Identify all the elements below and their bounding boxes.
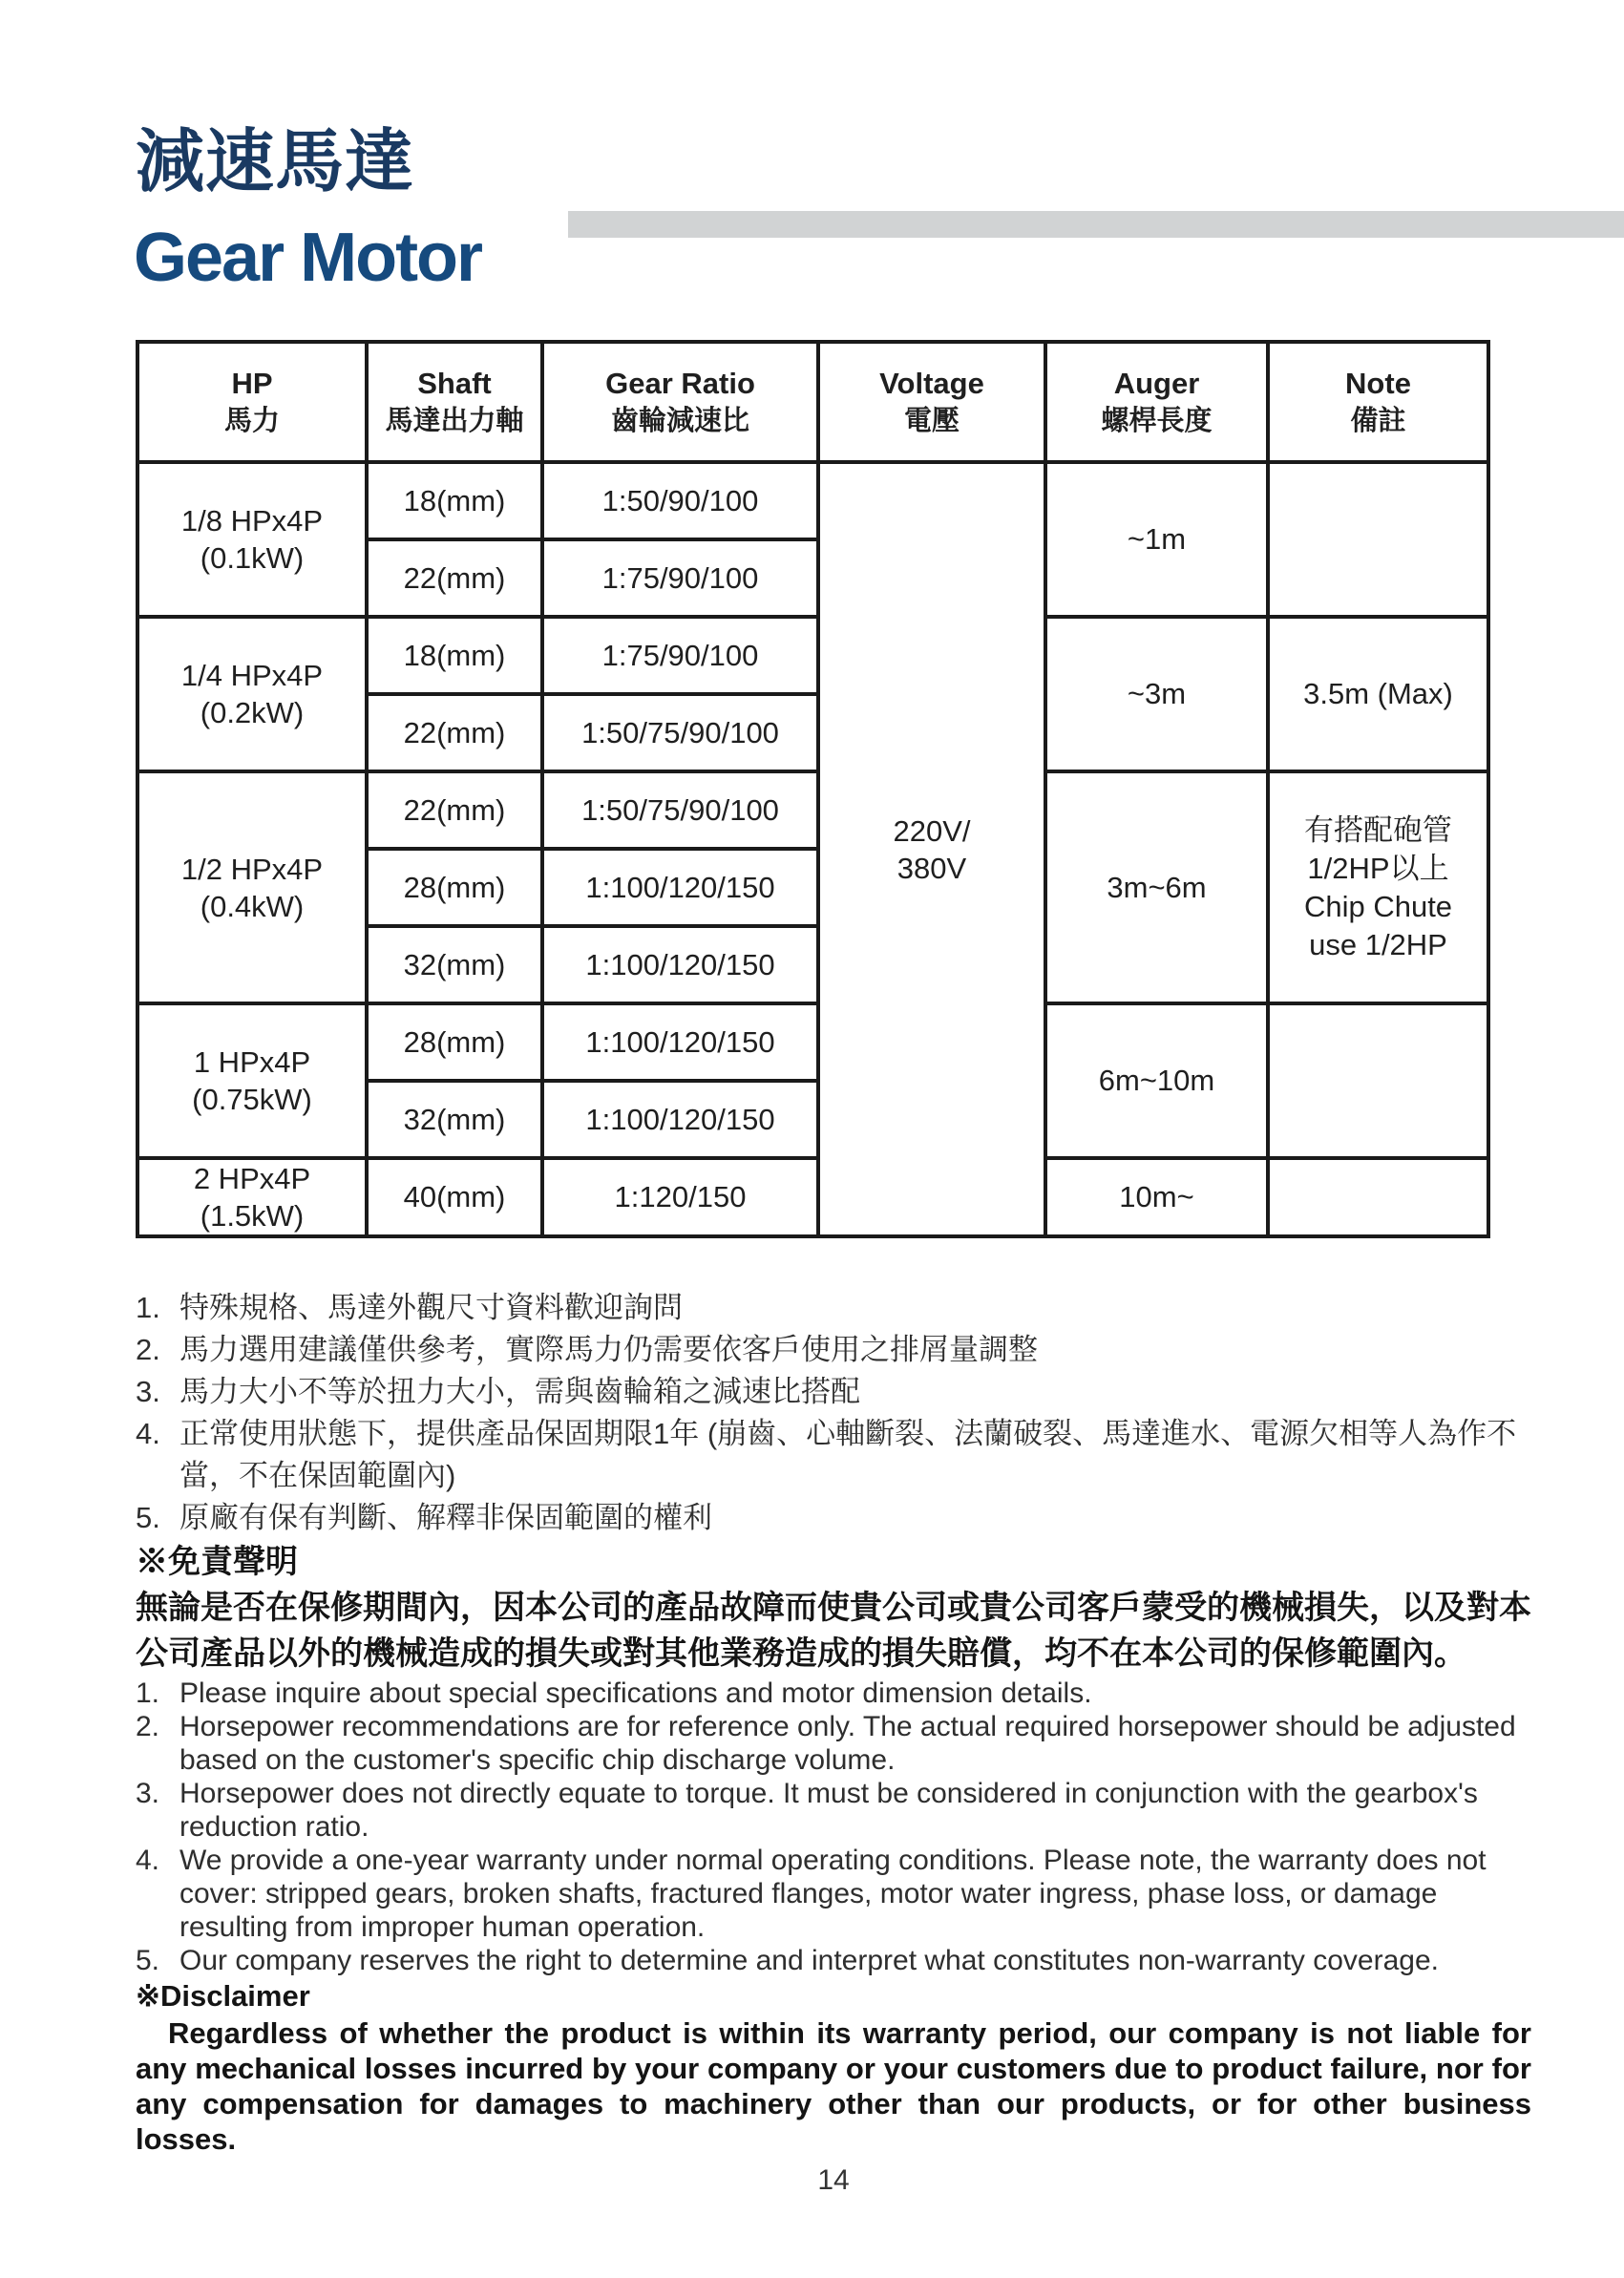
auger-cell: 3m~6m <box>1045 771 1268 1003</box>
voltage-line2: 380V <box>820 850 1044 887</box>
note-line: Chip Chute <box>1270 888 1487 926</box>
note-number: 2. <box>136 1329 160 1371</box>
note-item-en: 1. Please inquire about special specific… <box>136 1677 1531 1710</box>
note-number: 3. <box>136 1371 160 1413</box>
kw-value: (0.75kW) <box>139 1081 365 1118</box>
ratio-cell: 1:50/75/90/100 <box>542 771 818 849</box>
header-shaft-en: Shaft <box>369 365 540 403</box>
note-number: 2. <box>136 1710 159 1743</box>
note-number: 5. <box>136 1497 160 1539</box>
hp-cell: 1 HPx4P (0.75kW) <box>137 1003 367 1158</box>
note-text: 馬力大小不等於扭力大小，需與齒輪箱之減速比搭配 <box>179 1375 860 1408</box>
ratio-cell: 1:100/120/150 <box>542 1081 818 1158</box>
notes-list-en: 1. Please inquire about special specific… <box>136 1677 1531 1977</box>
header-auger-zh: 螺桿長度 <box>1047 403 1266 439</box>
note-item-zh: 4. 正常使用狀態下，提供產品保固期限1年 (崩齒、心軸斷裂、法蘭破裂、馬達進水… <box>136 1413 1531 1497</box>
note-cell <box>1268 1158 1488 1236</box>
title-accent-bar <box>568 211 1624 238</box>
note-text: 原廠有保有判斷、解釋非保固範圍的權利 <box>179 1501 712 1534</box>
note-item-en: 5. Our company reserves the right to det… <box>136 1944 1531 1977</box>
table-row: 1/4 HPx4P (0.2kW) 18(mm) 1:75/90/100 ~3m… <box>137 617 1488 694</box>
kw-value: (0.2kW) <box>139 694 365 731</box>
column-header-voltage: Voltage 電壓 <box>818 342 1045 462</box>
hp-cell: 1/4 HPx4P (0.2kW) <box>137 617 367 771</box>
header-hp-en: HP <box>139 365 365 403</box>
disclaimer-text-zh: 無論是否在保修期間內，因本公司的產品故障而使貴公司或貴公司客戶蒙受的機械損失，以… <box>136 1585 1531 1677</box>
note-item-zh: 1. 特殊規格、馬達外觀尺寸資料歡迎詢問 <box>136 1287 1531 1329</box>
ratio-cell: 1:120/150 <box>542 1158 818 1236</box>
auger-cell: ~3m <box>1045 617 1268 771</box>
note-number: 4. <box>136 1413 160 1455</box>
notes-list-zh: 1. 特殊規格、馬達外觀尺寸資料歡迎詢問 2. 馬力選用建議僅供參考，實際馬力仍… <box>136 1287 1531 1539</box>
shaft-cell: 28(mm) <box>367 1003 542 1081</box>
gear-motor-spec-table: HP 馬力 Shaft 馬達出力軸 Gear Ratio 齒輪減速比 Volta… <box>136 340 1490 1238</box>
header-shaft-zh: 馬達出力軸 <box>369 403 540 439</box>
ratio-cell: 1:50/75/90/100 <box>542 694 818 771</box>
note-cell <box>1268 462 1488 617</box>
shaft-cell: 18(mm) <box>367 462 542 539</box>
header-auger-en: Auger <box>1047 365 1266 403</box>
note-item-en: 4. We provide a one-year warranty under … <box>136 1844 1531 1944</box>
voltage-cell: 220V/ 380V <box>818 462 1045 1236</box>
note-text: Horsepower recommendations are for refer… <box>179 1711 1516 1776</box>
hp-value: 1/2 HPx4P <box>139 851 365 888</box>
column-header-shaft: Shaft 馬達出力軸 <box>367 342 542 462</box>
ratio-cell: 1:75/90/100 <box>542 617 818 694</box>
page-number: 14 <box>136 2164 1531 2197</box>
table-row: 1/2 HPx4P (0.4kW) 22(mm) 1:50/75/90/100 … <box>137 771 1488 849</box>
hp-cell: 1/2 HPx4P (0.4kW) <box>137 771 367 1003</box>
column-header-hp: HP 馬力 <box>137 342 367 462</box>
hp-value: 1 HPx4P <box>139 1044 365 1081</box>
shaft-cell: 22(mm) <box>367 539 542 617</box>
hp-cell: 1/8 HPx4P (0.1kW) <box>137 462 367 617</box>
note-text: Horsepower does not directly equate to t… <box>179 1778 1478 1843</box>
header-hp-zh: 馬力 <box>139 403 365 439</box>
note-number: 4. <box>136 1844 159 1877</box>
note-text: Our company reserves the right to determ… <box>179 1945 1439 1976</box>
note-text: 正常使用狀態下，提供產品保固期限1年 (崩齒、心軸斷裂、法蘭破裂、馬達進水、電源… <box>179 1417 1516 1492</box>
table-row: 1 HPx4P (0.75kW) 28(mm) 1:100/120/150 6m… <box>137 1003 1488 1081</box>
shaft-cell: 32(mm) <box>367 926 542 1003</box>
note-text: Please inquire about special specificati… <box>179 1677 1092 1709</box>
disclaimer-text-en: Regardless of whether the product is wit… <box>136 2015 1531 2157</box>
column-header-gear-ratio: Gear Ratio 齒輪減速比 <box>542 342 818 462</box>
page-title-zh: 減速馬達 <box>136 122 414 202</box>
hp-cell: 2 HPx4P (1.5kW) <box>137 1158 367 1236</box>
note-line: 有搭配砲管 <box>1270 812 1487 850</box>
header-ratio-en: Gear Ratio <box>544 365 816 403</box>
note-item-zh: 5. 原廠有保有判斷、解釋非保固範圍的權利 <box>136 1497 1531 1539</box>
table-header-row: HP 馬力 Shaft 馬達出力軸 Gear Ratio 齒輪減速比 Volta… <box>137 342 1488 462</box>
header-voltage-en: Voltage <box>820 365 1044 403</box>
voltage-line1: 220V/ <box>820 812 1044 850</box>
note-item-en: 3. Horsepower does not directly equate t… <box>136 1777 1531 1844</box>
ratio-cell: 1:50/90/100 <box>542 462 818 539</box>
note-item-zh: 2. 馬力選用建議僅供參考，實際馬力仍需要依客戶使用之排屑量調整 <box>136 1329 1531 1371</box>
note-number: 5. <box>136 1944 159 1977</box>
note-item-en: 2. Horsepower recommendations are for re… <box>136 1710 1531 1777</box>
auger-cell: ~1m <box>1045 462 1268 617</box>
column-header-note: Note 備註 <box>1268 342 1488 462</box>
hp-value: 1/8 HPx4P <box>139 502 365 539</box>
shaft-cell: 40(mm) <box>367 1158 542 1236</box>
catalog-page: 減速馬達 Gear Motor HP 馬力 Shaft 馬達出力軸 Gear R… <box>0 0 1624 2278</box>
auger-cell: 10m~ <box>1045 1158 1268 1236</box>
kw-value: (0.1kW) <box>139 539 365 577</box>
shaft-cell: 22(mm) <box>367 694 542 771</box>
notes-section: 1. 特殊規格、馬達外觀尺寸資料歡迎詢問 2. 馬力選用建議僅供參考，實際馬力仍… <box>136 1287 1531 2197</box>
header-voltage-zh: 電壓 <box>820 403 1044 439</box>
table-row: 1/8 HPx4P (0.1kW) 18(mm) 1:50/90/100 220… <box>137 462 1488 539</box>
auger-cell: 6m~10m <box>1045 1003 1268 1158</box>
note-text: 特殊規格、馬達外觀尺寸資料歡迎詢問 <box>179 1291 683 1324</box>
shaft-cell: 22(mm) <box>367 771 542 849</box>
hp-value: 2 HPx4P <box>139 1160 365 1197</box>
note-number: 1. <box>136 1677 159 1710</box>
note-cell <box>1268 1003 1488 1158</box>
note-line: use 1/2HP <box>1270 926 1487 964</box>
shaft-cell: 18(mm) <box>367 617 542 694</box>
shaft-cell: 28(mm) <box>367 849 542 926</box>
note-line: 1/2HP以上 <box>1270 850 1487 888</box>
kw-value: (1.5kW) <box>139 1197 365 1234</box>
header-note-zh: 備註 <box>1270 403 1487 439</box>
note-text: 馬力選用建議僅供參考，實際馬力仍需要依客戶使用之排屑量調整 <box>179 1333 1038 1366</box>
header-ratio-zh: 齒輪減速比 <box>544 403 816 439</box>
ratio-cell: 1:75/90/100 <box>542 539 818 617</box>
page-title-en: Gear Motor <box>134 218 481 298</box>
note-number: 1. <box>136 1287 160 1329</box>
note-cell: 有搭配砲管 1/2HP以上 Chip Chute use 1/2HP <box>1268 771 1488 1003</box>
note-item-zh: 3. 馬力大小不等於扭力大小，需與齒輪箱之減速比搭配 <box>136 1371 1531 1413</box>
disclaimer-heading-zh: ※免責聲明 <box>136 1539 1531 1585</box>
kw-value: (0.4kW) <box>139 888 365 925</box>
disclaimer-heading-en: ※Disclaimer <box>136 1977 1531 2015</box>
note-text: We provide a one-year warranty under nor… <box>179 1845 1487 1943</box>
column-header-auger: Auger 螺桿長度 <box>1045 342 1268 462</box>
ratio-cell: 1:100/120/150 <box>542 1003 818 1081</box>
ratio-cell: 1:100/120/150 <box>542 926 818 1003</box>
note-number: 3. <box>136 1777 159 1810</box>
hp-value: 1/4 HPx4P <box>139 657 365 694</box>
header-note-en: Note <box>1270 365 1487 403</box>
ratio-cell: 1:100/120/150 <box>542 849 818 926</box>
note-cell: 3.5m (Max) <box>1268 617 1488 771</box>
table-row: 2 HPx4P (1.5kW) 40(mm) 1:120/150 10m~ <box>137 1158 1488 1236</box>
shaft-cell: 32(mm) <box>367 1081 542 1158</box>
